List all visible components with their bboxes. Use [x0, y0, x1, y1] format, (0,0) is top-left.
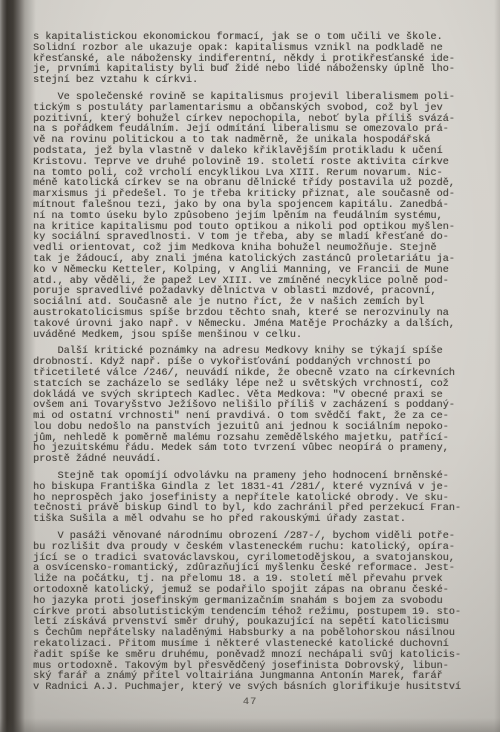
text-line: ní na tomto úseku bylo způsobeno jejím l…: [33, 212, 491, 223]
text-block: s kapitalistickou ekonomickou formací, j…: [33, 33, 491, 694]
page-number: 47: [0, 696, 500, 708]
text-line: takové úrovni jako např. v Německu. Jmén…: [33, 320, 491, 331]
text-line: tickým s postuláty parlamentarismu a obč…: [33, 104, 491, 115]
paragraph: Stejně tak opomíjí odvolávku na prameny …: [33, 472, 491, 526]
text-line: stejní bez vztahu k církvi.: [33, 76, 491, 87]
paragraph: Další kritické poznámky na adresu Medkov…: [33, 347, 491, 466]
scan-binding-shadow: [0, 0, 36, 732]
text-line: statcích se zacházelo se sedláky lépe ne…: [33, 380, 491, 391]
paragraph: V pasáži věnované národnímu obrození /28…: [33, 532, 491, 694]
paragraph: s kapitalistickou ekonomickou formací, j…: [33, 33, 491, 87]
text-line: ko v Německu Ketteler, Kolping, v Anglii…: [33, 266, 491, 277]
paragraph: Ve společenské rovině se kapitalismus pr…: [33, 93, 491, 341]
text-line: Solidní rozbor ale ukazuje opak: kapital…: [33, 44, 491, 55]
text-line: tiška Sušila a měl odvahu se ho před rak…: [33, 515, 491, 526]
scanned-page: s kapitalistickou ekonomickou formací, j…: [0, 0, 500, 732]
text-line: Kristovu. Teprve ve druhé polovině 19. s…: [33, 158, 491, 169]
text-line: řadit spíše ke směru druhému, poněvadž m…: [33, 651, 491, 662]
text-line: v Radnici A.J. Puchmajer, který ve svých…: [33, 683, 491, 694]
text-line: prostě žádné neuvádí.: [33, 455, 491, 466]
text-line: uváděné Medkem, jsou spíše menšinou v ce…: [33, 331, 491, 342]
scan-bottom-shade: [0, 718, 500, 732]
scan-right-shade: [494, 0, 500, 732]
